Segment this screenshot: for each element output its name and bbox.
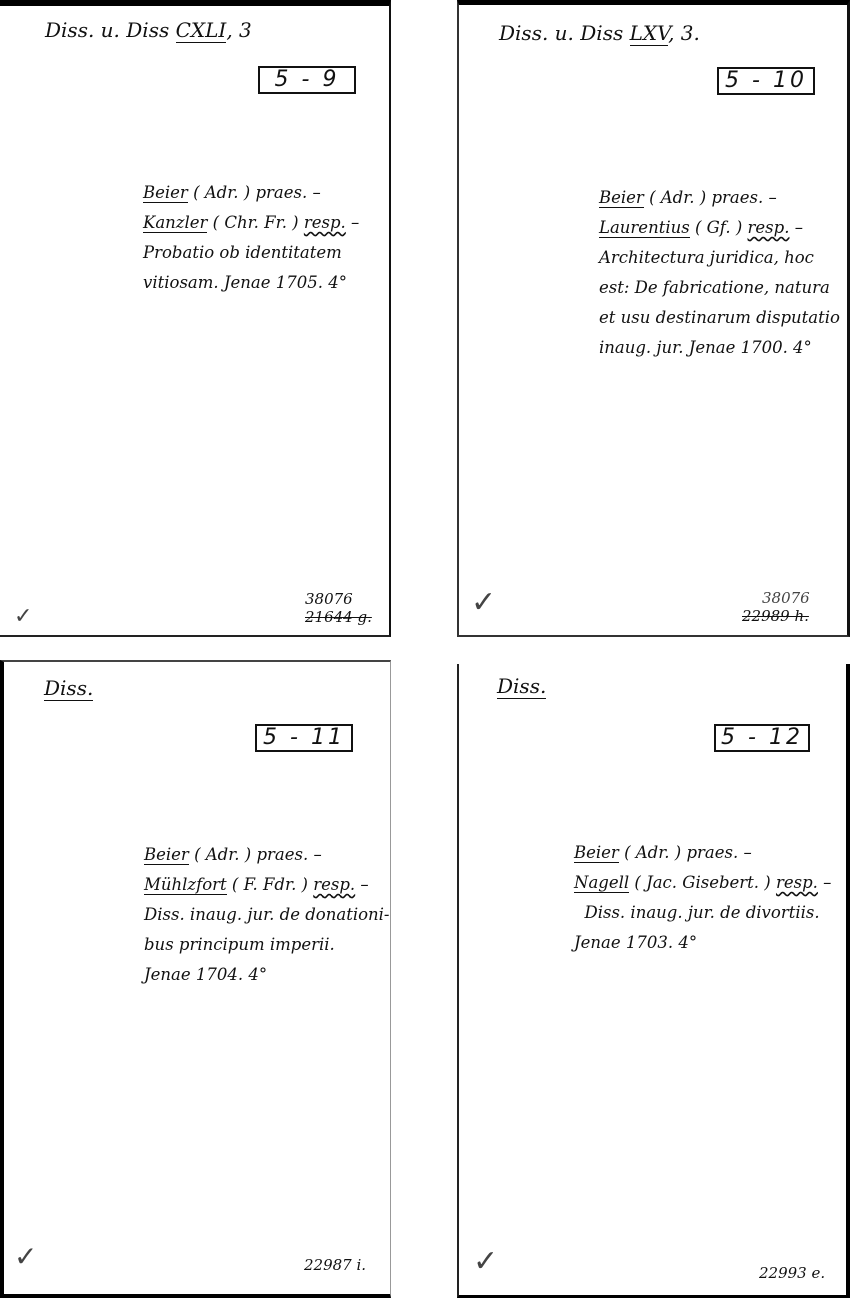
catalog-entry: Beier ( Adr. ) praes. – Mühlzfort ( F. F…: [144, 840, 390, 990]
respondent-initials: ( Chr. Fr. ): [207, 213, 303, 232]
accession-secondary: 22989 h.: [742, 607, 810, 625]
respondent-role: resp.: [313, 875, 355, 894]
praeses-details: ( Adr. ) praes. –: [188, 183, 321, 202]
catalog-card-5-11: Diss. 5 - 11 Beier ( Adr. ) praes. – Müh…: [0, 660, 391, 1298]
respondent-line: Laurentius ( Gf. ) resp. –: [599, 213, 840, 243]
respondent-role: resp.: [304, 213, 346, 232]
check-mark-icon: ✓: [473, 1244, 498, 1279]
respondent-line: Kanzler ( Chr. Fr. ) resp. –: [143, 208, 359, 238]
respondent-dash: –: [818, 873, 832, 892]
accession-secondary: 21644 g.: [305, 608, 372, 626]
praeses-line: Beier ( Adr. ) praes. –: [143, 178, 359, 208]
title-line: Jenae 1704. 4°: [144, 960, 390, 990]
accession-number: 22993 e.: [759, 1264, 825, 1282]
shelfmark-prefix: Diss.: [44, 676, 93, 701]
shelfmark-suffix: , 3: [226, 18, 251, 42]
shelfmark-prefix: Diss.: [497, 674, 546, 699]
title-line: est: De fabricatione, natura: [599, 273, 840, 303]
shelfmark: Diss. u. Diss CXLI, 3: [45, 18, 252, 42]
shelfmark-roman: CXLI: [176, 18, 227, 43]
shelfmark: Diss.: [497, 674, 546, 698]
praeses-line: Beier ( Adr. ) praes. –: [599, 183, 840, 213]
accession-primary: 38076: [742, 589, 810, 607]
call-number-box: 5 - 9: [258, 66, 356, 94]
title-line: inaug. jur. Jenae 1700. 4°: [599, 333, 840, 363]
respondent-dash: –: [346, 213, 360, 232]
respondent-role: resp.: [776, 873, 818, 892]
respondent-dash: –: [789, 218, 803, 237]
praeses-details: ( Adr. ) praes. –: [644, 188, 777, 207]
praeses-line: Beier ( Adr. ) praes. –: [574, 838, 831, 868]
shelfmark: Diss. u. Diss LXV, 3.: [499, 21, 700, 45]
praeses-name: Beier: [574, 843, 619, 863]
praeses-name: Beier: [144, 845, 189, 865]
title-line: Probatio ob identitatem: [143, 238, 359, 268]
call-number-box: 5 - 11: [255, 724, 353, 752]
catalog-entry: Beier ( Adr. ) praes. – Kanzler ( Chr. F…: [143, 178, 359, 298]
catalog-card-5-12: Diss. 5 - 12 Beier ( Adr. ) praes. – Nag…: [457, 664, 850, 1298]
praeses-name: Beier: [599, 188, 644, 208]
call-number-box: 5 - 10: [717, 67, 815, 95]
accession-numbers: 22993 e.: [759, 1264, 825, 1282]
title-line: Diss. inaug. jur. de donationi-: [144, 900, 390, 930]
call-number-box: 5 - 12: [714, 724, 810, 752]
respondent-line: Nagell ( Jac. Gisebert. ) resp. –: [574, 868, 831, 898]
respondent-initials: ( Jac. Gisebert. ): [629, 873, 776, 892]
shelfmark-suffix: , 3.: [668, 21, 700, 45]
shelfmark-prefix: Diss. u. Diss: [499, 21, 630, 45]
catalog-entry: Beier ( Adr. ) praes. – Nagell ( Jac. Gi…: [574, 838, 831, 958]
respondent-name: Nagell: [574, 873, 629, 893]
title-line: bus principum imperii.: [144, 930, 390, 960]
praeses-details: ( Adr. ) praes. –: [619, 843, 752, 862]
title-line: Diss. inaug. jur. de divortiis.: [574, 898, 831, 928]
catalog-card-5-10: Diss. u. Diss LXV, 3. 5 - 10 Beier ( Adr…: [457, 0, 850, 637]
accession-number: 22987 i.: [304, 1256, 366, 1274]
shelfmark: Diss.: [44, 676, 93, 700]
accession-primary: 38076: [305, 590, 372, 608]
respondent-line: Mühlzfort ( F. Fdr. ) resp. –: [144, 870, 390, 900]
respondent-dash: –: [355, 875, 369, 894]
respondent-name: Mühlzfort: [144, 875, 227, 895]
accession-numbers: 22987 i.: [304, 1256, 366, 1274]
catalog-entry: Beier ( Adr. ) praes. – Laurentius ( Gf.…: [599, 183, 840, 363]
respondent-name: Kanzler: [143, 213, 207, 233]
check-mark-icon: ✓: [14, 1240, 37, 1273]
respondent-role: resp.: [748, 218, 790, 237]
title-line: Jenae 1703. 4°: [574, 928, 831, 958]
shelfmark-roman: LXV: [630, 21, 668, 46]
respondent-initials: ( Gf. ): [690, 218, 748, 237]
title-line: Architectura juridica, hoc: [599, 243, 840, 273]
praeses-name: Beier: [143, 183, 188, 203]
title-line: et usu destinarum disputatio: [599, 303, 840, 333]
accession-numbers: 38076 21644 g.: [305, 590, 372, 626]
accession-numbers: 38076 22989 h.: [742, 589, 810, 625]
shelfmark-prefix: Diss. u. Diss: [45, 18, 176, 42]
catalog-card-5-9: Diss. u. Diss CXLI, 3 5 - 9 Beier ( Adr.…: [0, 0, 391, 637]
respondent-name: Laurentius: [599, 218, 690, 238]
respondent-initials: ( F. Fdr. ): [227, 875, 314, 894]
praeses-details: ( Adr. ) praes. –: [189, 845, 322, 864]
check-mark-icon: ✓: [14, 604, 32, 629]
praeses-line: Beier ( Adr. ) praes. –: [144, 840, 390, 870]
check-mark-icon: ✓: [471, 585, 496, 620]
title-line: vitiosam. Jenae 1705. 4°: [143, 268, 359, 298]
